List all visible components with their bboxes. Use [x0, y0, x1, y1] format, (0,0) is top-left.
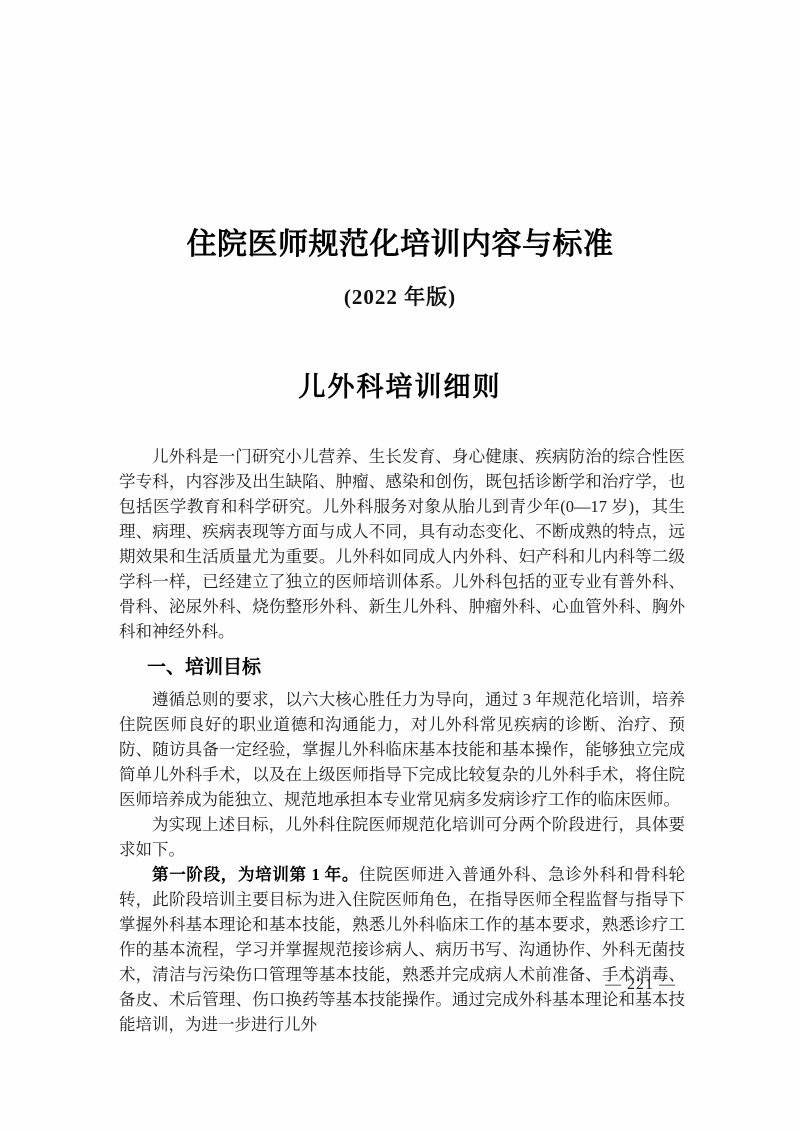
two-stages-paragraph: 为实现上述目标，儿外科住院医师规范化培训可分两个阶段进行，具体要求如下。 — [119, 812, 685, 862]
training-goals-paragraph: 遵循总则的要求，以六大核心胜任力为导向，通过 3 年规范化培训，培养住院医师良好… — [119, 687, 685, 812]
document-page: 住院医师规范化培训内容与标准 (2022 年版) 儿外科培训细则 儿外科是一门研… — [0, 0, 800, 1131]
document-title: 住院医师规范化培训内容与标准 — [0, 219, 800, 263]
page-number: — 221 — — [605, 976, 676, 994]
chapter-title: 儿外科培训细则 — [0, 365, 800, 404]
stage-one-lead: 第一阶段，为培训第 1 年。 — [152, 865, 359, 884]
section-heading-training-goals: 一、培训目标 — [119, 655, 685, 680]
intro-paragraph: 儿外科是一门研究小儿营养、生长发育、身心健康、疾病防治的综合性医学专科，内容涉及… — [119, 444, 685, 644]
stage-one-body: 住院医师进入普通外科、急诊外科和骨科轮转，此阶段培训主要目标为进入住院医师角色，… — [119, 865, 685, 1034]
stage-one-paragraph: 第一阶段，为培训第 1 年。住院医师进入普通外科、急诊外科和骨科轮转，此阶段培训… — [119, 862, 685, 1037]
document-edition: (2022 年版) — [0, 281, 800, 311]
document-body: 儿外科是一门研究小儿营养、生长发育、身心健康、疾病防治的综合性医学专科，内容涉及… — [119, 444, 685, 1037]
